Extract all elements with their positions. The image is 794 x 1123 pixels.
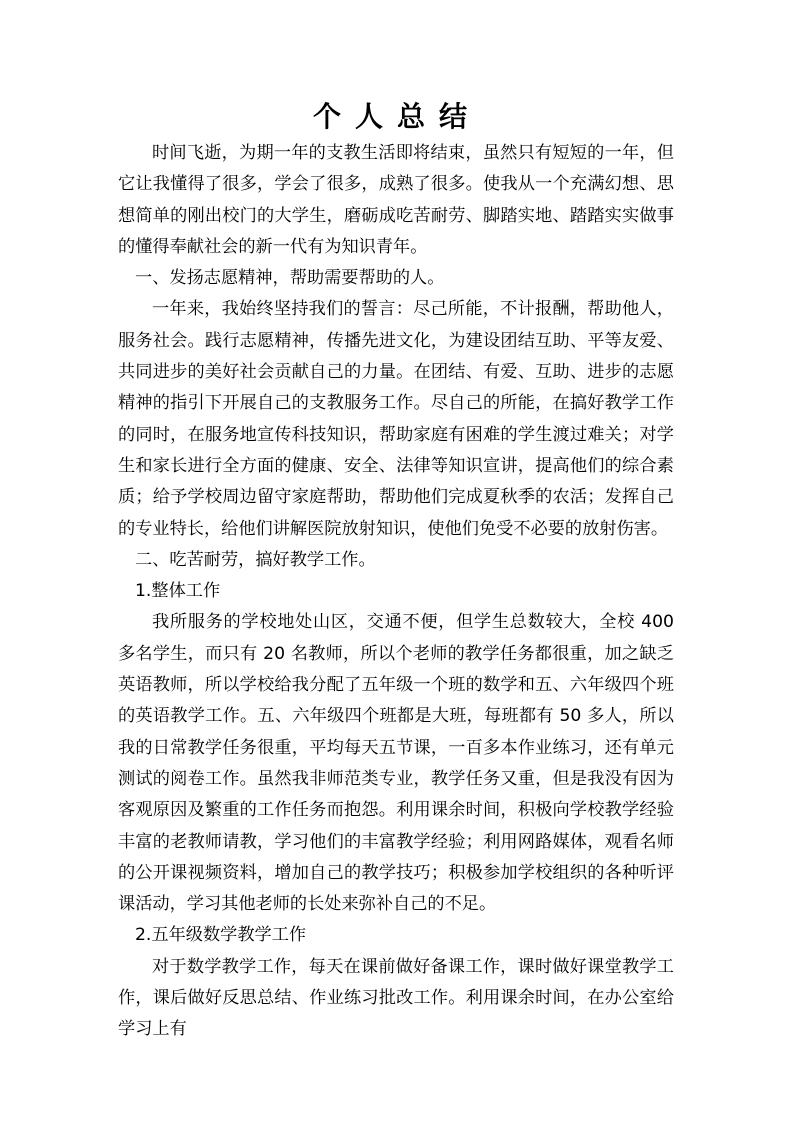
math-teaching-paragraph: 对于数学教学工作，每天在课前做好备课工作，课时做好课堂教学工作，课后做好反思总结… — [118, 952, 674, 1046]
document-title: 个人总结 — [0, 99, 794, 135]
subheading-overall-work: 1.整体工作 — [118, 576, 674, 607]
document-page: 个人总结 时间飞逝，为期一年的支教生活即将结束，虽然只有短短的一年，但它让我懂得… — [0, 0, 794, 1123]
section-heading-1: 一、发扬志愿精神，帮助需要帮助的人。 — [118, 263, 674, 294]
overall-work-paragraph: 我所服务的学校地处山区，交通不便，但学生总数较大，全校 400 多名学生，而只有… — [118, 607, 674, 920]
section-heading-2: 二、吃苦耐劳，搞好教学工作。 — [118, 545, 674, 576]
section-1-paragraph: 一年来，我始终坚持我们的誓言：尽己所能，不计报酬，帮助他人，服务社会。践行志愿精… — [118, 294, 674, 544]
document-body: 时间飞逝，为期一年的支教生活即将结束，虽然只有短短的一年，但它让我懂得了很多，学… — [118, 138, 674, 1046]
intro-paragraph: 时间飞逝，为期一年的支教生活即将结束，虽然只有短短的一年，但它让我懂得了很多，学… — [118, 138, 674, 263]
subheading-math-teaching: 2.五年级数学教学工作 — [118, 920, 674, 951]
